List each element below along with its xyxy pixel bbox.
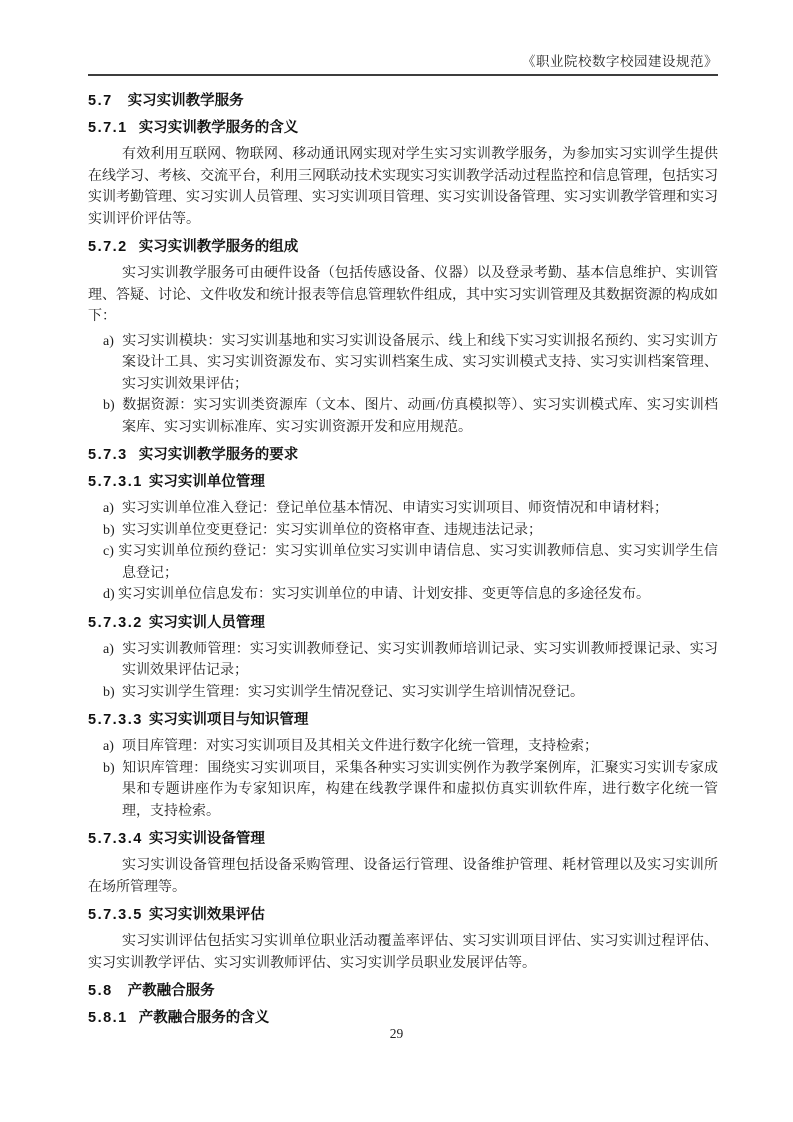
list-item-text: 实习实训教师管理：实习实训教师登记、实习实训教师培训记录、实习实训教师授课记录、… — [122, 642, 718, 679]
list-item-marker: a) — [103, 331, 122, 353]
heading-title: 实习实训教学服务的要求 — [139, 447, 299, 463]
heading-number: 5.7.3.4 — [88, 831, 143, 847]
list-item-marker: d) — [103, 584, 118, 606]
list-item-marker: b) — [103, 682, 122, 704]
list-item-marker: a) — [103, 736, 122, 758]
list-item-a: a)项目库管理：对实习实训项目及其相关文件进行数字化统一管理，支持检索； — [88, 736, 718, 758]
heading-title: 实习实训效果评估 — [149, 907, 265, 923]
list-item-text: 实习实训模块：实习实训基地和实习实训设备展示、线上和线下实习实训报名预约、实习实… — [122, 334, 718, 392]
heading-number: 5.7.3.2 — [88, 615, 143, 631]
heading-title: 实习实训教学服务 — [128, 93, 244, 109]
list-item-a: a)实习实训模块：实习实训基地和实习实训设备展示、线上和线下实习实训报名预约、实… — [88, 331, 718, 396]
heading-number: 5.7.3 — [88, 447, 128, 463]
heading-5-7-3-1: 5.7.3.1实习实训单位管理 — [88, 472, 718, 492]
list-item-marker: b) — [103, 395, 122, 417]
heading-number: 5.7.3.1 — [88, 474, 143, 490]
heading-5-7-3-2: 5.7.3.2实习实训人员管理 — [88, 613, 718, 633]
heading-title: 实习实训教学服务的组成 — [139, 239, 299, 255]
heading-number: 5.7 — [88, 93, 113, 109]
list-item-text: 知识库管理：围绕实习实训项目，采集各种实习实训实例作为教学案例库，汇聚实习实训专… — [122, 761, 718, 819]
page-number: 29 — [390, 1026, 404, 1041]
page-footer: 29 — [0, 1026, 793, 1042]
list-item-text: 项目库管理：对实习实训项目及其相关文件进行数字化统一管理，支持检索； — [122, 739, 598, 754]
heading-5-7-3-4: 5.7.3.4实习实训设备管理 — [88, 829, 718, 849]
heading-5-7-2: 5.7.2实习实训教学服务的组成 — [88, 237, 718, 257]
paragraph: 实习实训设备管理包括设备采购管理、设备运行管理、设备维护管理、耗材管理以及实习实… — [88, 855, 718, 898]
list-item-b: b)知识库管理：围绕实习实训项目，采集各种实习实训实例作为教学案例库，汇聚实习实… — [88, 758, 718, 823]
heading-5-7-3-5: 5.7.3.5实习实训效果评估 — [88, 905, 718, 925]
heading-title: 实习实训项目与知识管理 — [149, 712, 309, 728]
list-item-marker: c) — [103, 541, 118, 563]
list-item-text: 数据资源：实习实训类资源库（文本、图片、动画/仿真模拟等）、实习实训模式库、实习… — [122, 398, 718, 435]
list-item-text: 实习实训学生管理：实习实训学生情况登记、实习实训学生培训情况登记。 — [122, 685, 584, 700]
list-item-b: b)实习实训学生管理：实习实训学生情况登记、实习实训学生培训情况登记。 — [88, 682, 718, 704]
heading-title: 实习实训教学服务的含义 — [139, 120, 299, 136]
heading-number: 5.7.1 — [88, 120, 128, 136]
heading-number: 5.7.2 — [88, 239, 128, 255]
list-item-marker: b) — [103, 520, 122, 542]
heading-5-7-3-3: 5.7.3.3实习实训项目与知识管理 — [88, 710, 718, 730]
list-item-c: c)实习实训单位预约登记：实习实训单位实习实训申请信息、实习实训教师信息、实习实… — [88, 541, 718, 584]
heading-number: 5.8 — [88, 983, 113, 999]
list-item-a: a)实习实训教师管理：实习实训教师登记、实习实训教师培训记录、实习实训教师授课记… — [88, 639, 718, 682]
list-item-text: 实习实训单位预约登记：实习实训单位实习实训申请信息、实习实训教师信息、实习实训学… — [118, 544, 718, 581]
heading-5-8: 5.8产教融合服务 — [88, 981, 718, 1001]
list-item-b: b)实习实训单位变更登记：实习实训单位的资格审查、违规违法记录； — [88, 520, 718, 542]
list-item-d: d)实习实训单位信息发布：实习实训单位的申请、计划安排、变更等信息的多途径发布。 — [88, 584, 718, 606]
heading-number: 5.7.3.3 — [88, 712, 143, 728]
list-item-text: 实习实训单位变更登记：实习实训单位的资格审查、违规违法记录； — [122, 523, 542, 538]
list-item-text: 实习实训单位信息发布：实习实训单位的申请、计划安排、变更等信息的多途径发布。 — [118, 587, 650, 602]
paragraph: 有效利用互联网、物联网、移动通讯网实现对学生实习实训教学服务，为参加实习实训学生… — [88, 144, 718, 230]
heading-title: 实习实训人员管理 — [149, 615, 265, 631]
list-item-marker: a) — [103, 498, 122, 520]
heading-number: 5.8.1 — [88, 1010, 128, 1026]
heading-title: 产教融合服务的含义 — [139, 1010, 270, 1026]
list-item-marker: b) — [103, 758, 122, 780]
paragraph: 实习实训教学服务可由硬件设备（包括传感设备、仪器）以及登录考勤、基本信息维护、实… — [88, 263, 718, 328]
document-body: 5.7实习实训教学服务5.7.1实习实训教学服务的含义有效利用互联网、物联网、移… — [88, 84, 718, 1034]
paragraph: 实习实训评估包括实习实训单位职业活动覆盖率评估、实习实训项目评估、实习实训过程评… — [88, 931, 718, 974]
heading-title: 实习实训单位管理 — [149, 474, 265, 490]
page-header: 《职业院校数字校园建设规范》 — [88, 50, 718, 76]
heading-5-7-3: 5.7.3实习实训教学服务的要求 — [88, 445, 718, 465]
list-item-b: b)数据资源：实习实训类资源库（文本、图片、动画/仿真模拟等）、实习实训模式库、… — [88, 395, 718, 438]
heading-5-7: 5.7实习实训教学服务 — [88, 91, 718, 111]
list-item-a: a)实习实训单位准入登记：登记单位基本情况、申请实习实训项目、师资情况和申请材料… — [88, 498, 718, 520]
list-item-marker: a) — [103, 639, 122, 661]
document-page: 《职业院校数字校园建设规范》 5.7实习实训教学服务5.7.1实习实训教学服务的… — [0, 0, 793, 1122]
heading-number: 5.7.3.5 — [88, 907, 143, 923]
heading-5-8-1: 5.8.1产教融合服务的含义 — [88, 1008, 718, 1028]
list-item-text: 实习实训单位准入登记：登记单位基本情况、申请实习实训项目、师资情况和申请材料； — [122, 501, 668, 516]
heading-5-7-1: 5.7.1实习实训教学服务的含义 — [88, 118, 718, 138]
heading-title: 实习实训设备管理 — [149, 831, 265, 847]
header-title: 《职业院校数字校园建设规范》 — [522, 54, 718, 69]
heading-title: 产教融合服务 — [128, 983, 215, 999]
